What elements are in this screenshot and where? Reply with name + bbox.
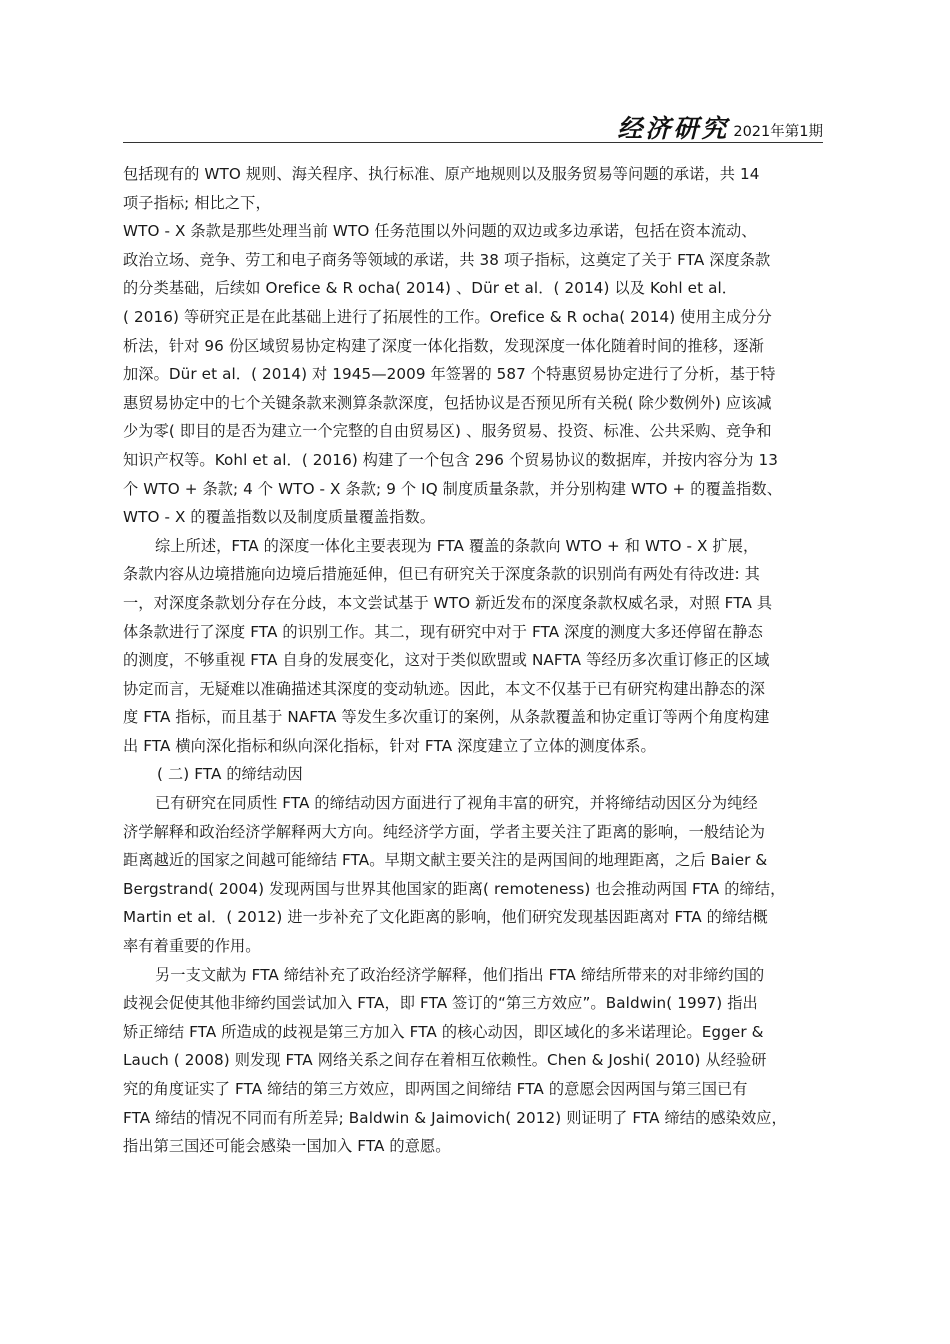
text-line: 析法，针对 96 份区域贸易协定构建了深度一体化指数，发现深度一体化随着时间的推… [123,332,837,361]
article-body: 包括现有的 WTO 规则、海关程序、执行标准、原产地规则以及服务贸易等问题的承诺… [123,160,837,1161]
text-line: 指出第三国还可能会感染一国加入 FTA 的意愿。 [123,1132,837,1161]
text-line: 歧视会促使其他非缔约国尝试加入 FTA，即 FTA 签订的“第三方效应”。Bal… [123,989,837,1018]
text-line: 究的角度证实了 FTA 缔结的第三方效应，即两国之间缔结 FTA 的意愿会因两国… [123,1075,837,1104]
text-line: 度 FTA 指标，而且基于 NAFTA 等发生多次重订的案例，从条款覆盖和协定重… [123,703,837,732]
text-line: 政治立场、竞争、劳工和电子商务等领域的承诺，共 38 项子指标，这奠定了关于 F… [123,246,837,275]
text-line: 包括现有的 WTO 规则、海关程序、执行标准、原产地规则以及服务贸易等问题的承诺… [123,160,837,189]
paragraph-block-2: 已有研究在同质性 FTA 的缔结动因方面进行了视角丰富的研究，并将缔结动因区分为… [123,789,837,1161]
text-line: 协定而言，无疑难以准确描述其深度的变动轨迹。因此，本文不仅基于已有研究构建出静态… [123,675,837,704]
paragraph-block-1: 包括现有的 WTO 规则、海关程序、执行标准、原产地规则以及服务贸易等问题的承诺… [123,160,837,760]
journal-masthead: 经济研究 2021年第1期 [617,114,823,144]
text-line: 条款内容从边境措施向边境后措施延伸，但已有研究关于深度条款的识别尚有两处有待改进… [123,560,837,589]
text-line: 一，对深度条款划分存在分歧，本文尝试基于 WTO 新近发布的深度条款权威名录，对… [123,589,837,618]
text-line: 惠贸易协定中的七个关键条款来测算条款深度，包括协议是否预见所有关税( 除少数例外… [123,389,837,418]
text-line: 少为零( 即目的是否为建立一个完整的自由贸易区) 、服务贸易、投资、标准、公共采… [123,417,837,446]
text-line: Martin et al．( 2012) 进一步补充了文化距离的影响，他们研究发… [123,903,837,932]
text-line: Bergstrand( 2004) 发现两国与世界其他国家的距离( remote… [123,875,837,904]
text-line: ( 2016) 等研究正是在此基础上进行了拓展性的工作。Orefice & R … [123,303,837,332]
text-line: 率有着重要的作用。 [123,932,837,961]
text-line: WTO - X 条款是那些处理当前 WTO 任务范围以外问题的双边或多边承诺，包… [123,217,837,246]
text-line: 出 FTA 横向深化指标和纵向深化指标，针对 FTA 深度建立了立体的测度体系。 [123,732,837,761]
section-heading: ( 二) FTA 的缔结动因 [123,760,837,789]
text-line: 已有研究在同质性 FTA 的缔结动因方面进行了视角丰富的研究，并将缔结动因区分为… [123,789,837,818]
text-line: FTA 缔结的情况不同而有所差异; Baldwin & Jaimovich( 2… [123,1104,837,1133]
text-line: 综上所述，FTA 的深度一体化主要表现为 FTA 覆盖的条款向 WTO + 和 … [123,532,837,561]
text-line: 体条款进行了深度 FTA 的识别工作。其二，现有研究中对于 FTA 深度的测度大… [123,618,837,647]
header-rule [123,142,823,143]
running-header: 经济研究 2021年第1期 [123,112,823,142]
journal-logo: 经济研究 [617,114,729,144]
text-line: WTO - X 的覆盖指数以及制度质量覆盖指数。 [123,503,837,532]
text-line: 项子指标; 相比之下， [123,189,837,218]
text-line: 加深。Dür et al．( 2014) 对 1945—2009 年签署的 58… [123,360,837,389]
text-line: 济学解释和政治经济学解释两大方向。纯经济学方面，学者主要关注了距离的影响，一般结… [123,818,837,847]
text-line: 个 WTO + 条款; 4 个 WTO - X 条款; 9 个 IQ 制度质量条… [123,475,837,504]
text-line: Lauch ( 2008) 则发现 FTA 网络关系之间存在着相互依赖性。Che… [123,1046,837,1075]
text-line: 矫正缔结 FTA 所造成的歧视是第三方加入 FTA 的核心动因，即区域化的多米诺… [123,1018,837,1047]
text-line: 的测度，不够重视 FTA 自身的发展变化，这对于类似欧盟或 NAFTA 等经历多… [123,646,837,675]
journal-issue: 2021年第1期 [733,120,823,144]
text-line: 距离越近的国家之间越可能缔结 FTA。早期文献主要关注的是两国间的地理距离，之后… [123,846,837,875]
text-line: 知识产权等。Kohl et al．( 2016) 构建了一个包含 296 个贸易… [123,446,837,475]
text-line: 的分类基础，后续如 Orefice & R ocha( 2014) 、Dür e… [123,274,837,303]
text-line: 另一支文献为 FTA 缔结补充了政治经济学解释，他们指出 FTA 缔结所带来的对… [123,961,837,990]
